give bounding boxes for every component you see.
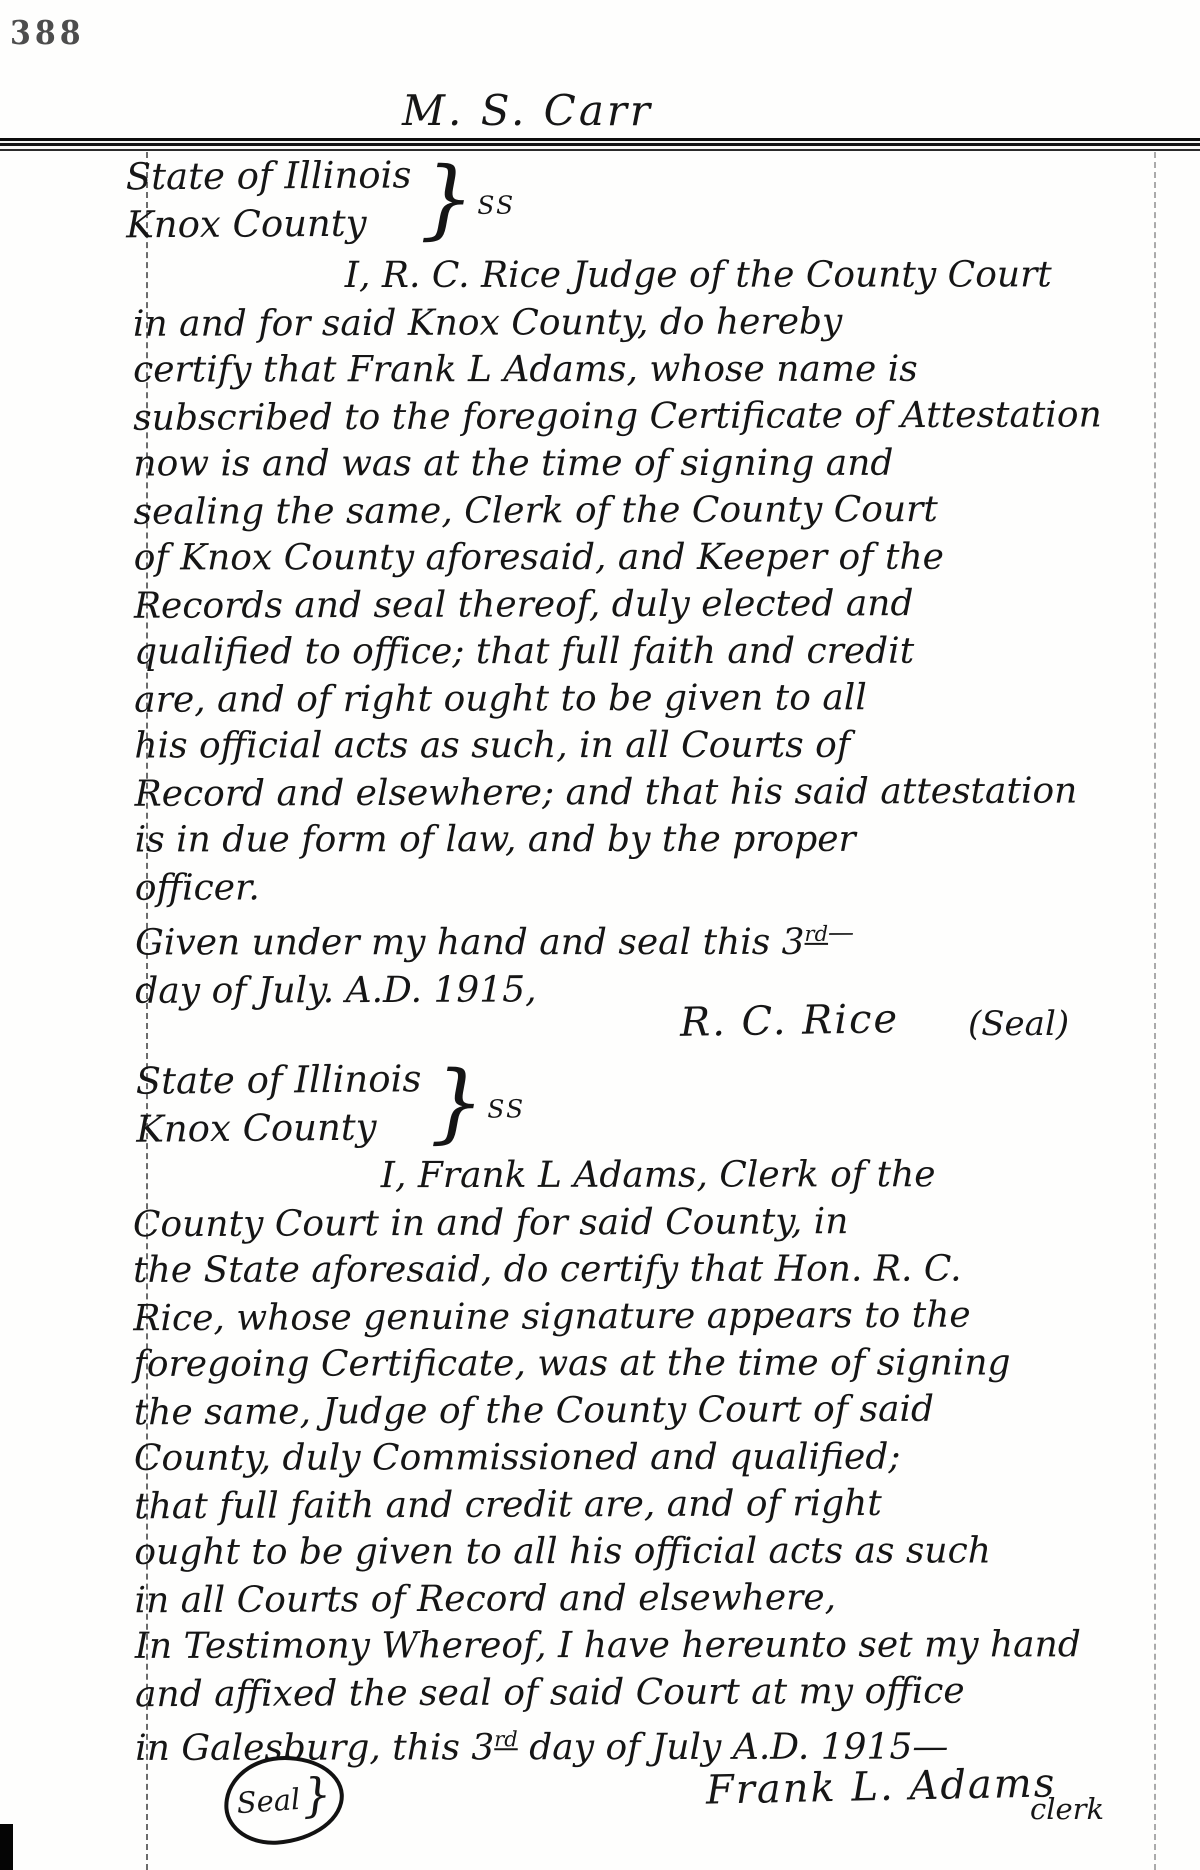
manuscript-line: the State aforesaid, do certify that Hon… bbox=[133, 1245, 1168, 1294]
header-signature: M. S. Carr bbox=[402, 86, 653, 135]
judge-signature: R. C. Rice bbox=[680, 996, 900, 1046]
ledger-page: 388 M. S. Carr State of Illinois Knox Co… bbox=[0, 0, 1200, 1870]
manuscript-line: Record and elsewhere; and that his said … bbox=[134, 767, 1169, 818]
seal-brace: } bbox=[300, 1767, 333, 1823]
jurat-block-clerk: State of Illinois Knox County } SS bbox=[136, 1054, 526, 1153]
manuscript-line: Records and seal thereof, duly elected a… bbox=[134, 579, 1169, 630]
manuscript-line: and affixed the seal of said Court at my… bbox=[135, 1667, 1170, 1719]
manuscript-line: qualified to office; that full faith and… bbox=[134, 628, 1169, 676]
manuscript-line: officer. bbox=[135, 861, 1170, 912]
manuscript-line: I, Frank L Adams, Clerk of the bbox=[381, 1151, 1168, 1199]
manuscript-line: in and for said Knox County, do hereby bbox=[133, 297, 1168, 348]
manuscript-line: that full faith and credit are, and of r… bbox=[134, 1479, 1169, 1531]
jurat-ss-abbrev: SS bbox=[477, 191, 515, 220]
manuscript-line: the same, Judge of the County Court of s… bbox=[134, 1385, 1169, 1437]
jurat-county: Knox County bbox=[136, 1103, 422, 1153]
certificate-clerk-text: I, Frank L Adams, Clerk of the County Co… bbox=[133, 1150, 1171, 1774]
clerk-title: clerk bbox=[1030, 1792, 1104, 1826]
certificate-judge-text: I, R. C. Rice Judge of the County Court … bbox=[133, 250, 1171, 1015]
manuscript-line: County Court in and for said County, in bbox=[133, 1197, 1168, 1249]
date-text-cont: day of July A.D. 1915— bbox=[518, 1726, 949, 1768]
manuscript-line: In Testimony Whereof, I have hereunto se… bbox=[135, 1621, 1170, 1670]
manuscript-line: his official acts as such, in all Courts… bbox=[134, 722, 1169, 770]
jurat-brace: } bbox=[429, 1055, 485, 1151]
page-number: 388 bbox=[10, 15, 85, 53]
jurat-county: Knox County bbox=[126, 199, 412, 249]
scan-artifact bbox=[0, 1824, 13, 1870]
seal-notation: (Seal) bbox=[968, 1004, 1069, 1044]
seal-text: Seal bbox=[235, 1782, 301, 1820]
jurat-state: State of Illinois bbox=[126, 151, 412, 201]
manuscript-line: foregoing Certificate, was at the time o… bbox=[134, 1339, 1169, 1388]
jurat-state: State of Illinois bbox=[136, 1055, 422, 1105]
ledger-header-rule bbox=[0, 138, 1200, 154]
manuscript-line: Rice, whose genuine signature appears to… bbox=[133, 1291, 1168, 1343]
given-under-hand-line: Given under my hand and seal this 3rd— bbox=[135, 910, 1170, 967]
jurat-brace: } bbox=[419, 151, 474, 247]
manuscript-line: in all Courts of Record and elsewhere, bbox=[135, 1573, 1170, 1625]
manuscript-line: is in due form of law, and by the proper bbox=[135, 816, 1170, 864]
ordinal-superscript: rd bbox=[805, 922, 829, 946]
manuscript-line: of Knox County aforesaid, and Keeper of … bbox=[134, 534, 1169, 582]
manuscript-line: sealing the same, Clerk of the County Co… bbox=[133, 485, 1168, 536]
jurat-block-judge: State of Illinois Knox County } SS bbox=[126, 151, 516, 250]
clerk-signature: Frank L. Adams bbox=[706, 1760, 1057, 1813]
manuscript-line: are, and of right ought to be given to a… bbox=[134, 673, 1169, 724]
ordinal-superscript: rd bbox=[494, 1727, 518, 1751]
manuscript-line: subscribed to the foregoing Certificate … bbox=[133, 391, 1168, 442]
manuscript-line: ought to be given to all his official ac… bbox=[134, 1527, 1169, 1576]
manuscript-line: certify that Frank L Adams, whose name i… bbox=[133, 346, 1168, 394]
jurat-ss-abbrev: SS bbox=[487, 1094, 525, 1123]
manuscript-line: County, duly Commissioned and qualified; bbox=[134, 1433, 1169, 1482]
flourish-dash: — bbox=[828, 918, 854, 948]
given-text: Given under my hand and seal this 3 bbox=[135, 922, 805, 964]
manuscript-line: now is and was at the time of signing an… bbox=[133, 440, 1168, 488]
manuscript-line: I, R. C. Rice Judge of the County Court bbox=[345, 251, 1168, 299]
